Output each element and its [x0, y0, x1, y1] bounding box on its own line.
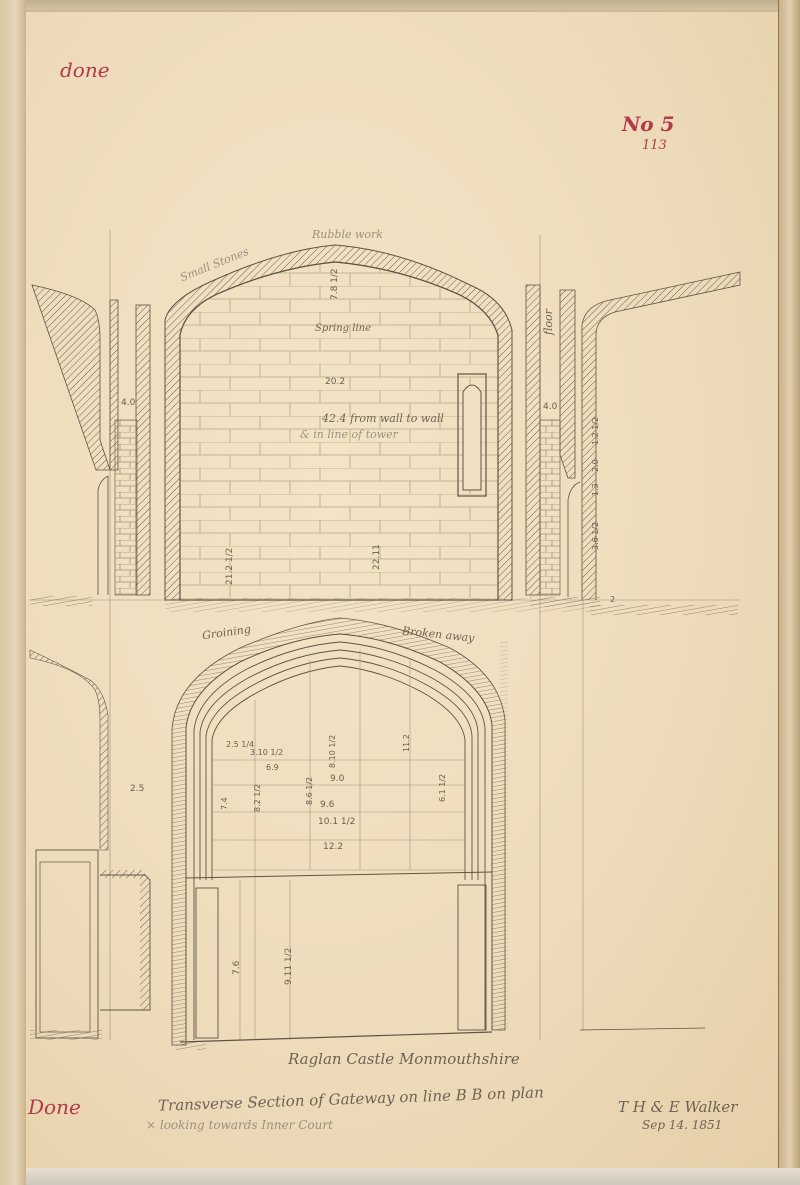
signature: T H & E Walker	[618, 1098, 737, 1116]
dim-d6: 8.6 1/2	[305, 777, 314, 805]
dim-d14: 7.6	[232, 961, 242, 975]
dim-left-height: 21.2 1/2	[225, 548, 235, 585]
done-mark-top: done	[60, 58, 110, 82]
label-wall-to-wall: 42.4 from wall to wall	[322, 412, 444, 425]
lower-section	[30, 618, 705, 1050]
dim-d15: 9.11 1/2	[284, 948, 294, 985]
dim-right-jamb-2: 2.0	[591, 459, 600, 472]
label-line-of-tower: & in line of tower	[300, 428, 398, 441]
door-panel	[36, 850, 98, 1038]
sheet-subnumber: 113	[642, 138, 667, 153]
architectural-section-drawing	[0, 0, 800, 1185]
dim-d2: 3.10 1/2	[250, 748, 283, 757]
dim-left-offset: 2.5	[130, 784, 144, 794]
dim-d4: 7.4	[220, 797, 229, 810]
dim-left-room: 4.0	[121, 398, 135, 408]
date: Sep 14. 1851	[642, 1118, 722, 1132]
dim-d3: 6.9	[266, 763, 279, 772]
dim-right-jamb-3: 1.3	[591, 483, 600, 496]
dim-d12: 11.2	[402, 734, 411, 752]
dim-d10: 10.1 1/2	[318, 817, 355, 827]
dim-width: 20.2	[325, 377, 345, 387]
label-spring-line: Spring line	[315, 323, 371, 334]
title-looking-towards: × looking towards Inner Court	[146, 1118, 333, 1132]
label-rubble-work: Rubble work	[312, 228, 383, 241]
dim-right-jamb-1: 1.2 1/2	[591, 417, 600, 445]
dim-d5: 8.2 1/2	[253, 784, 262, 812]
dim-floor-offset: 2	[610, 595, 615, 604]
done-mark-bottom: Done	[28, 1095, 81, 1119]
dim-right-jamb-4: 3.6 1/2	[591, 522, 600, 550]
dim-d13: 6.1 1/2	[438, 774, 447, 802]
dim-crown: 7.8 1/2	[330, 268, 340, 300]
dim-d7: 8.10 1/2	[328, 735, 337, 768]
title-castle-name: Raglan Castle Monmouthshire	[288, 1050, 520, 1068]
sheet-number: No 5	[622, 112, 675, 136]
dim-d8: 9.0	[330, 774, 344, 784]
dim-center-height: 22.11	[372, 544, 382, 570]
dim-d9: 9.6	[320, 800, 334, 810]
dim-d11: 12.2	[323, 842, 343, 852]
label-floor: floor	[542, 309, 555, 335]
dim-right-room: 4.0	[543, 402, 557, 412]
